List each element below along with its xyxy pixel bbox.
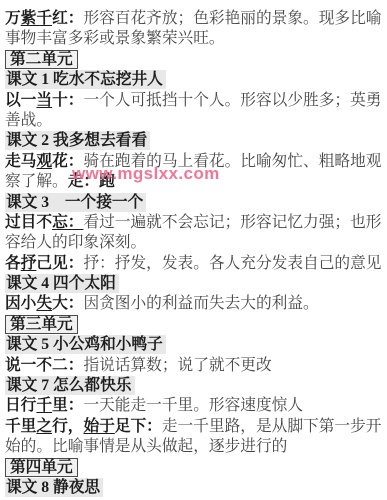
unit-header-label: 第三单元 — [5, 315, 78, 334]
term-text: 观 — [36, 153, 52, 170]
unit-header: 第二单元 — [5, 50, 383, 70]
term-text: 己见： — [36, 255, 83, 272]
lesson-title: 课文 7 怎么都快乐 — [5, 376, 383, 396]
lesson-title-label: 课文 7 怎么都快乐 — [5, 376, 135, 395]
definition-text: 察了解。 — [5, 173, 68, 190]
term-text: 过目不 — [5, 214, 52, 231]
term-text: 日行 — [5, 397, 36, 414]
term-text: 足下： — [115, 418, 162, 435]
definition-line: 以一当十：一个人可抵挡十个人。形容以少胜多；英勇 — [5, 91, 383, 111]
definition-line: 事物丰富多彩或景象繁荣兴旺。 — [5, 29, 383, 49]
term-text: 行， — [52, 418, 83, 435]
term-text: 忘： — [52, 214, 83, 231]
lesson-title-label: 课文 3 一个接一个 — [5, 193, 146, 212]
document-lines: 万紫千红：形容百花齐放；色彩艳丽的景象。现多比喻事物丰富多彩或景象繁荣兴旺。第二… — [5, 9, 383, 498]
definition-text: 走一千里路，是从脚下第一步开 — [162, 418, 382, 435]
definition-text: 形容百花齐放；色彩艳丽的景象。现多比喻 — [83, 10, 381, 27]
definition-text: 一天能走一千里。形容速度惊人 — [83, 397, 303, 414]
lesson-title: 课文 1 吃水不忘挖井人 — [5, 70, 383, 90]
lesson-title-label: 课文 5 小公鸡和小鸭子 — [5, 335, 166, 354]
definition-text: 因贪图小的利益而失去大的利益。 — [83, 295, 318, 312]
lesson-title-label: 课文 8 静夜思 — [5, 478, 103, 497]
lesson-title-label: 课文 2 我多想去看看 — [5, 131, 150, 150]
term-text: 以一 — [5, 92, 36, 109]
definition-text: 容给人的印象深刻。 — [5, 234, 146, 251]
term-text: 万 — [5, 10, 21, 27]
term-text: 当 — [36, 92, 52, 109]
term-text: 失 — [36, 295, 52, 312]
definition-text: 骑在跑着的马上看花。比喻匆忙、粗略地观 — [83, 153, 381, 170]
term-text: 里： — [52, 397, 83, 414]
definition-text: 事物丰富多彩或景象繁荣兴旺。 — [5, 30, 225, 47]
definition-text: 善战。 — [5, 112, 52, 129]
term-text: 说一不二： — [5, 357, 83, 374]
unit-header: 第四单元 — [5, 458, 383, 478]
lesson-title: 课文 3 一个接一个 — [5, 193, 383, 213]
unit-header-label: 第四单元 — [5, 458, 78, 477]
term-text: 紫千 — [21, 10, 52, 27]
definition-line: 千里之行，始于足下：走一千里路，是从脚下第一步开 — [5, 417, 383, 437]
definition-line: 善战。 — [5, 111, 383, 131]
term-text: 大： — [52, 295, 83, 312]
term-text: 千里 — [5, 418, 36, 435]
term-text: 始于 — [83, 418, 114, 435]
lesson-title: 课文 8 静夜思 — [5, 478, 383, 498]
term-text: 花： — [52, 153, 83, 170]
lesson-title: 课文 5 小公鸡和小鸭子 — [5, 335, 383, 355]
lesson-title: 课文 2 我多想去看看 — [5, 131, 383, 151]
term-text: 红： — [52, 10, 83, 27]
definition-line: 日行千里：一天能走一千里。形容速度惊人 — [5, 396, 383, 416]
term-text: 千 — [36, 397, 52, 414]
definition-line: 说一不二：指说话算数；说了就不更改 — [5, 356, 383, 376]
unit-header: 第三单元 — [5, 315, 383, 335]
definition-line: 容给人的印象深刻。 — [5, 233, 383, 253]
definition-line: 过目不忘：看过一遍就不会忘记；形容记忆力强；也形 — [5, 213, 383, 233]
term-text: 抒 — [21, 255, 37, 272]
unit-header-label: 第二单元 — [5, 50, 78, 69]
term-text: 走：跑 — [68, 173, 115, 190]
term-text: 因小 — [5, 295, 36, 312]
definition-line: 察了解。走：跑 — [5, 172, 383, 192]
definition-line: 始的。比喻事情是从头做起，逐步进行的 — [5, 437, 383, 457]
definition-text: 抒：抒发，发表。各人充分发表自己的意见 — [83, 255, 381, 272]
term-text: 走马 — [5, 153, 36, 170]
term-text: 之 — [36, 418, 52, 435]
term-text: 各 — [5, 255, 21, 272]
definition-line: 走马观花：骑在跑着的马上看花。比喻匆忙、粗略地观 — [5, 152, 383, 172]
lesson-title: 课文 4 四个太阳 — [5, 274, 383, 294]
term-text: 十： — [52, 92, 83, 109]
lesson-title-label: 课文 4 四个太阳 — [5, 274, 119, 293]
definition-text: 指说话算数；说了就不更改 — [83, 357, 271, 374]
definition-text: 始的。比喻事情是从头做起，逐步进行的 — [5, 438, 287, 455]
lesson-title-label: 课文 1 吃水不忘挖井人 — [5, 70, 166, 89]
definition-line: 万紫千红：形容百花齐放；色彩艳丽的景象。现多比喻 — [5, 9, 383, 29]
definition-line: 因小失大：因贪图小的利益而失去大的利益。 — [5, 294, 383, 314]
document-page: 万紫千红：形容百花齐放；色彩艳丽的景象。现多比喻事物丰富多彩或景象繁荣兴旺。第二… — [0, 0, 387, 500]
definition-line: 各抒己见：抒：抒发，发表。各人充分发表自己的意见 — [5, 254, 383, 274]
definition-text: 一个人可抵挡十个人。形容以少胜多；英勇 — [83, 92, 381, 109]
definition-text: 看过一遍就不会忘记；形容记忆力强；也形 — [83, 214, 381, 231]
